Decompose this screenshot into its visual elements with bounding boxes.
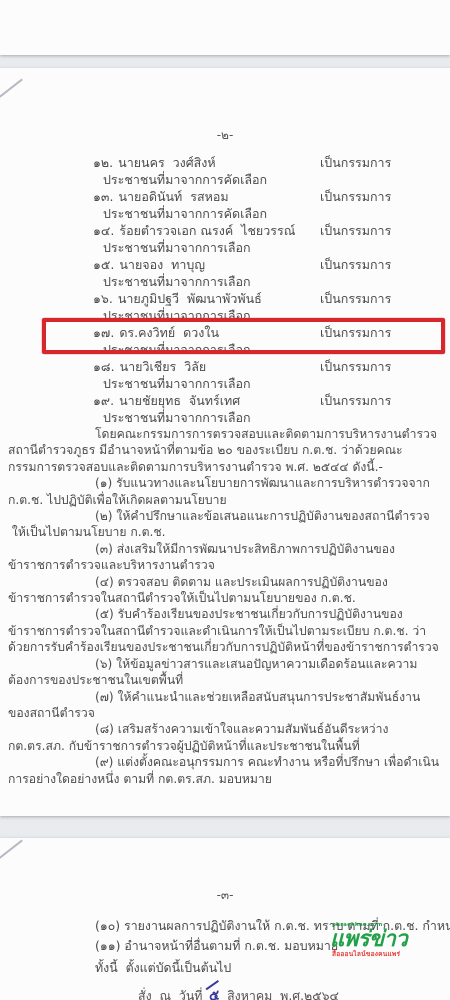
watermark-tagline: สื่อออนไลน์ของคนแพร่	[332, 951, 444, 958]
committee-row: ๑๙.นายชัยยุทธ จันทร์เทศเป็นกรรมการประชาช…	[0, 392, 450, 426]
member-origin: ประชาชนที่มาจากการเลือก	[0, 239, 450, 256]
member-origin: ประชาชนที่มาจากการเลือก	[0, 375, 450, 392]
member-name: นายจอง ทาบุญ	[119, 257, 205, 272]
page-2: -๒- ๑๒.นายนคร วงศ์สิงห์เป็นกรรมการประชาช…	[0, 68, 450, 816]
duty-paragraph: (๗) ให้คำแนะนำและช่วยเหลือสนับสนุนการประ…	[8, 689, 440, 722]
page-1-bottom-edge	[0, 0, 450, 55]
member-number: ๑๔.	[93, 223, 114, 238]
member-number: ๑๓.	[93, 189, 113, 204]
page-number: -๒-	[0, 126, 450, 145]
red-highlight-box	[42, 318, 445, 354]
watermark-brand-text: แพร่ข่าว	[330, 929, 444, 951]
member-role: เป็นกรรมการ	[320, 222, 391, 239]
committee-row: ๑๘.นายวิเชียร วิลัยเป็นกรรมการประชาชนที่…	[0, 358, 450, 392]
page-3: -๓- (๑๐) รายงานผลการปฏิบัติงานให้ ก.ต.ช.…	[0, 838, 450, 1000]
duty-paragraph: (๒) ให้คำปรึกษาและข้อเสนอแนะการปฏิบัติงา…	[8, 508, 440, 541]
member-name-line: ๑๓.นายอดินันท์ รสหอมเป็นกรรมการ	[0, 188, 450, 205]
effective-date-line: ทั้งนี้ ตั้งแต่บัดนี้เป็นต้นไป	[95, 959, 231, 978]
member-role: เป็นกรรมการ	[320, 392, 391, 409]
member-role: เป็นกรรมการ	[320, 154, 391, 171]
duty-paragraph: (๙) แต่งตั้งคณะอนุกรรมการ คณะทำงาน หรือท…	[8, 754, 440, 787]
member-name: นายภูมิปฐวี พัฒนาพัวพันธ์	[118, 291, 262, 306]
member-number: ๑๒.	[93, 155, 113, 170]
duty-paragraph: (๕) รับคำร้องเรียนของประชาชนเกี่ยวกับการ…	[8, 606, 440, 655]
page-number: -๓-	[0, 886, 450, 905]
document-viewer: { "viewer": { "background_color": "#e9eb…	[0, 0, 450, 1000]
member-name-line: ๑๔.ร้อยตำรวจเอก ณรงค์ ไชยวรรณ์เป็นกรรมกา…	[0, 222, 450, 239]
committee-member-list: ๑๒.นายนคร วงศ์สิงห์เป็นกรรมการประชาชนที่…	[0, 154, 450, 426]
member-name-line: ๑๖.นายภูมิปฐวี พัฒนาพัวพันธ์เป็นกรรมการ	[0, 290, 450, 307]
member-origin: ประชาชนที่มาจากการเลือก	[0, 273, 450, 290]
member-role: เป็นกรรมการ	[320, 256, 391, 273]
committee-row: ๑๔.ร้อยตำรวจเอก ณรงค์ ไชยวรรณ์เป็นกรรมกา…	[0, 222, 450, 256]
duty-paragraph: (๘) เสริมสร้างความเข้าใจและความสัมพันธ์อ…	[8, 721, 440, 754]
member-origin: ประชาชนที่มาจากการคัดเลือก	[0, 205, 450, 222]
member-name: ร้อยตำรวจเอก ณรงค์ ไชยวรรณ์	[119, 223, 295, 238]
page-corner-fold-line	[0, 840, 23, 861]
handwritten-day-numeral: ๕	[208, 984, 221, 1000]
committee-row: ๑๕.นายจอง ทาบุญเป็นกรรมการประชาชนที่มาจา…	[0, 256, 450, 290]
member-name: นายชัยยุทธ จันทร์เทศ	[119, 393, 240, 408]
member-name: นายนคร วงศ์สิงห์	[118, 155, 216, 170]
member-name-line: ๑๙.นายชัยยุทธ จันทร์เทศเป็นกรรมการ	[0, 392, 450, 409]
order-signature-date-line: สั่ง ณ วันที่๕สิงหาคม พ.ศ.๒๕๖๔	[138, 985, 339, 1000]
duty-paragraph: (๔) ตรวจสอบ ติดตาม และประเมินผลการปฏิบัต…	[8, 574, 440, 607]
duty-paragraph: (๑) รับแนวทางและนโยบายการพัฒนาและการบริห…	[8, 475, 440, 508]
member-origin: ประชาชนที่มาจากการเลือก	[0, 409, 450, 426]
member-name: นายอดินันท์ รสหอม	[118, 189, 228, 204]
member-name-line: ๑๒.นายนคร วงศ์สิงห์เป็นกรรมการ	[0, 154, 450, 171]
order-date-prefix: สั่ง ณ วันที่	[138, 988, 202, 1000]
phraekhao-watermark-logo: phraekhao.com แพร่ข่าว สื่อออนไลน์ของคนแ…	[330, 923, 444, 957]
member-role: เป็นกรรมการ	[320, 290, 391, 307]
member-name-line: ๑๘.นายวิเชียร วิลัยเป็นกรรมการ	[0, 358, 450, 375]
committee-row: ๑๗.ดร.คงวิทย์ ดวงในเป็นกรรมการประชาชนที่…	[0, 324, 450, 358]
duties-section: โดยคณะกรรมการการตรวจสอบและติดตามการบริหา…	[8, 426, 440, 787]
duty-paragraph: (๖) ให้ข้อมูลข่าวสารและเสนอปัญหาความเดือ…	[8, 656, 440, 689]
member-role: เป็นกรรมการ	[320, 188, 391, 205]
order-date-suffix: สิงหาคม พ.ศ.๒๕๖๔	[227, 988, 339, 1000]
duties-intro-paragraph: โดยคณะกรรมการการตรวจสอบและติดตามการบริหา…	[8, 426, 440, 475]
member-name-line: ๑๕.นายจอง ทาบุญเป็นกรรมการ	[0, 256, 450, 273]
member-number: ๑๖.	[93, 291, 113, 306]
member-name: นายวิเชียร วิลัย	[120, 359, 207, 374]
member-number: ๑๕.	[93, 257, 114, 272]
page-corner-fold-line	[0, 79, 23, 100]
duty-paragraph: (๓) ส่งเสริมให้มีการพัฒนาประสิทธิภาพการป…	[8, 541, 440, 574]
committee-row: ๑๒.นายนคร วงศ์สิงห์เป็นกรรมการประชาชนที่…	[0, 154, 450, 188]
member-role: เป็นกรรมการ	[320, 358, 391, 375]
member-number: ๑๘.	[93, 359, 115, 374]
committee-row: ๑๓.นายอดินันท์ รสหอมเป็นกรรมการประชาชนที…	[0, 188, 450, 222]
member-number: ๑๙.	[93, 393, 114, 408]
member-origin: ประชาชนที่มาจากการคัดเลือก	[0, 171, 450, 188]
